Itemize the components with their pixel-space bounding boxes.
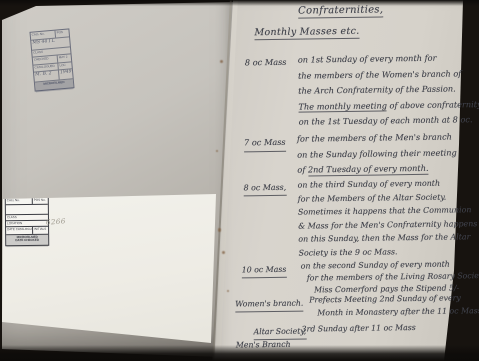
mass-entry: 8 oc Mass on 1st Sunday of every month f… — [298, 50, 479, 131]
loose-card: CALL No. POS No. CLASS LOCATION DATE CAT… — [2, 193, 217, 345]
stamp-pos-label: POS — [54, 29, 69, 37]
manuscript-line: 3rd Sunday after 11 oc Mass — [302, 321, 416, 336]
entry-time-label: 8 oc Mass — [245, 55, 287, 71]
entry-time-label: 8 oc Mass, — [244, 181, 287, 197]
mass-entry: 7 oc Mass for the members of the Men's b… — [297, 129, 457, 178]
mass-entry: 10 oc Mass on the second Sunday of every… — [301, 258, 479, 297]
page-subtitle: Monthly Masses etc. — [254, 26, 359, 38]
accession-stamp: CALL No. POS MS 44 I L CLASS CHECKED MAY… — [29, 28, 74, 91]
card-label-row: MICROFILMED DATE CHECKED — [6, 235, 48, 247]
photo-shadow-bottom — [0, 345, 479, 361]
card-call-no-label: CALL No. — [6, 198, 32, 204]
card-location-label: LOCATION — [6, 221, 48, 226]
manuscript-line: for the members of the Men's branch — [297, 129, 457, 147]
society-entry: Women's branch. Prefects Meeting 2nd Sun… — [309, 292, 479, 319]
card-initials-label: INITIALS — [32, 227, 48, 234]
manuscript-line: on the 1st Tuesday of each month at 8 oc… — [299, 112, 479, 130]
card-class-label: CLASS — [6, 215, 48, 220]
card-date-catalogued-label: DATE CATALOGUED — [6, 227, 32, 234]
entry-society-label: Women's branch. — [235, 298, 303, 313]
card-label-row — [6, 205, 48, 215]
pencil-number: 6266 — [46, 217, 66, 226]
card-microfilmed-label: MICROFILMED DATE CHECKED — [6, 235, 48, 247]
book-photo: { "colors":{ "background":"#17130f","lef… — [0, 0, 479, 361]
entry-time-label: 7 oc Mass — [244, 135, 286, 153]
card-microfilmed-line2: DATE CHECKED — [15, 238, 39, 242]
manuscript-text: Confraternities, Monthly Masses etc. 8 o… — [208, 0, 479, 361]
stamp-date-value: MAY 2 — [57, 54, 72, 62]
manuscript-line: of 2nd Tuesday of every month. — [297, 160, 457, 178]
stamp-year-value: 1949 — [58, 69, 73, 79]
entry-time-label: 10 oc Mass — [242, 264, 287, 278]
card-blank-cell — [6, 205, 48, 214]
manuscript-line: on the Sunday following their meeting — [297, 145, 457, 163]
society-entry: Altar Society, Men's Branch 3rd Sunday a… — [302, 321, 416, 336]
page-title-text: Confraternities, — [298, 4, 383, 18]
mass-entry: 8 oc Mass, on the third Sunday of every … — [297, 176, 477, 259]
page-subtitle-text: Monthly Masses etc. — [254, 26, 359, 40]
photo-shadow-top — [0, 0, 479, 6]
manuscript-line: Month in Monastery after the 11 oc Mass — [317, 305, 479, 320]
manuscript-line: Society is the 9 oc Mass. — [298, 244, 477, 260]
card-pos-no-label: POS No. — [32, 198, 48, 204]
manuscript-line: on this Sunday, then the Mass for the Al… — [298, 230, 477, 246]
card-label: CALL No. POS No. CLASS LOCATION DATE CAT… — [5, 197, 50, 246]
page-title: Confraternities, — [298, 4, 383, 16]
